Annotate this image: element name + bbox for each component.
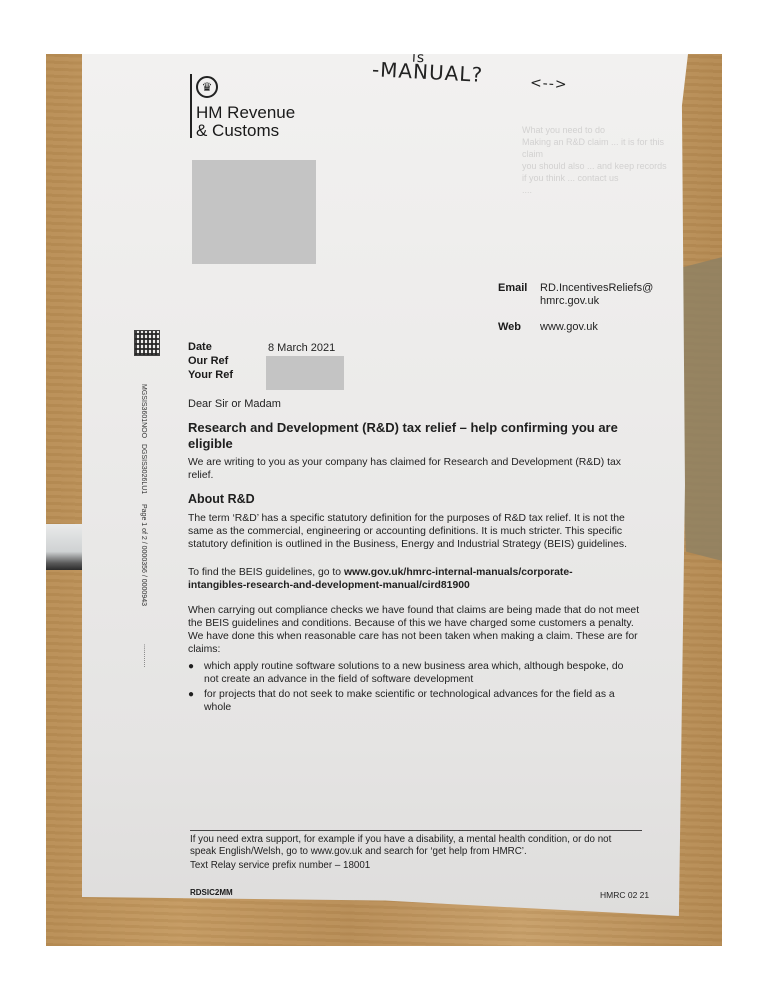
letter-title: Research and Development (R&D) tax relie…: [188, 420, 628, 452]
our-ref-label: Our Ref: [188, 354, 233, 368]
intro-paragraph: We are writing to you as your company ha…: [188, 456, 628, 482]
date-value: 8 March 2021: [268, 342, 335, 354]
web-value: www.gov.uk: [540, 321, 598, 333]
qr-code: [134, 330, 160, 356]
handwritten-note: -MANUAL?: [371, 57, 483, 87]
vertical-code-1: MGSIS3601NOO: [140, 384, 147, 438]
web-label: Web: [498, 321, 521, 333]
guidelines-paragraph: To find the BEIS guidelines, go to www.g…: [188, 566, 618, 592]
salutation: Dear Sir or Madam: [188, 398, 281, 410]
bullet-icon: ●: [188, 660, 194, 686]
email-value: RD.IncentivesReliefs@ hmrc.gov.uk: [540, 282, 653, 308]
footer-divider: [190, 830, 642, 831]
bullet-icon: ●: [188, 688, 194, 714]
email-label: Email: [498, 282, 527, 294]
guidelines-prefix: To find the BEIS guidelines, go to: [188, 567, 344, 578]
list-item-text: for projects that do not seek to make sc…: [204, 688, 636, 714]
footer-code-right: HMRC 02 21: [600, 890, 649, 900]
org-name-line2: & Customs: [196, 122, 295, 140]
show-through-text: What you need to doMaking an R&D claim .…: [522, 124, 682, 196]
compliance-paragraph: When carrying out compliance checks we h…: [188, 604, 640, 656]
redacted-address: [192, 160, 316, 264]
date-label: Date: [188, 340, 233, 354]
list-item-text: which apply routine software solutions t…: [204, 660, 636, 686]
text-relay: Text Relay service prefix number – 18001: [190, 859, 370, 872]
email-value-line2: hmrc.gov.uk: [540, 295, 653, 308]
email-value-line1: RD.IncentivesReliefs@: [540, 282, 653, 295]
redacted-your-ref: [266, 356, 344, 390]
vertical-code-2: DGSIS3026LU1: [140, 444, 147, 494]
section-heading: About R&D: [188, 492, 255, 506]
footer-code-left: RDSIC2MM: [190, 888, 233, 897]
definition-paragraph: The term ‘R&D’ has a specific statutory …: [188, 512, 634, 551]
logo-rule: [190, 74, 192, 138]
org-name-line1: HM Revenue: [196, 104, 295, 122]
claims-list: ●which apply routine software solutions …: [188, 658, 636, 714]
org-name: HM Revenue & Customs: [196, 104, 295, 140]
your-ref-label: Your Ref: [188, 368, 233, 382]
dotted-marks: ............: [142, 644, 149, 667]
list-item: ●for projects that do not seek to make s…: [188, 688, 636, 714]
crown-crest-icon: ♛: [196, 76, 218, 98]
handwritten-arrow: <-->: [530, 75, 568, 93]
letter-photo: What you need to doMaking an R&D claim .…: [46, 54, 722, 946]
support-text: If you need extra support, for example i…: [190, 834, 630, 858]
page-info: Page 1 of 2 / 0000356 / 0000943: [140, 504, 147, 606]
list-item: ●which apply routine software solutions …: [188, 660, 636, 686]
ref-labels: Date Our Ref Your Ref: [188, 340, 233, 382]
letter-page: What you need to doMaking an R&D claim .…: [82, 54, 688, 916]
